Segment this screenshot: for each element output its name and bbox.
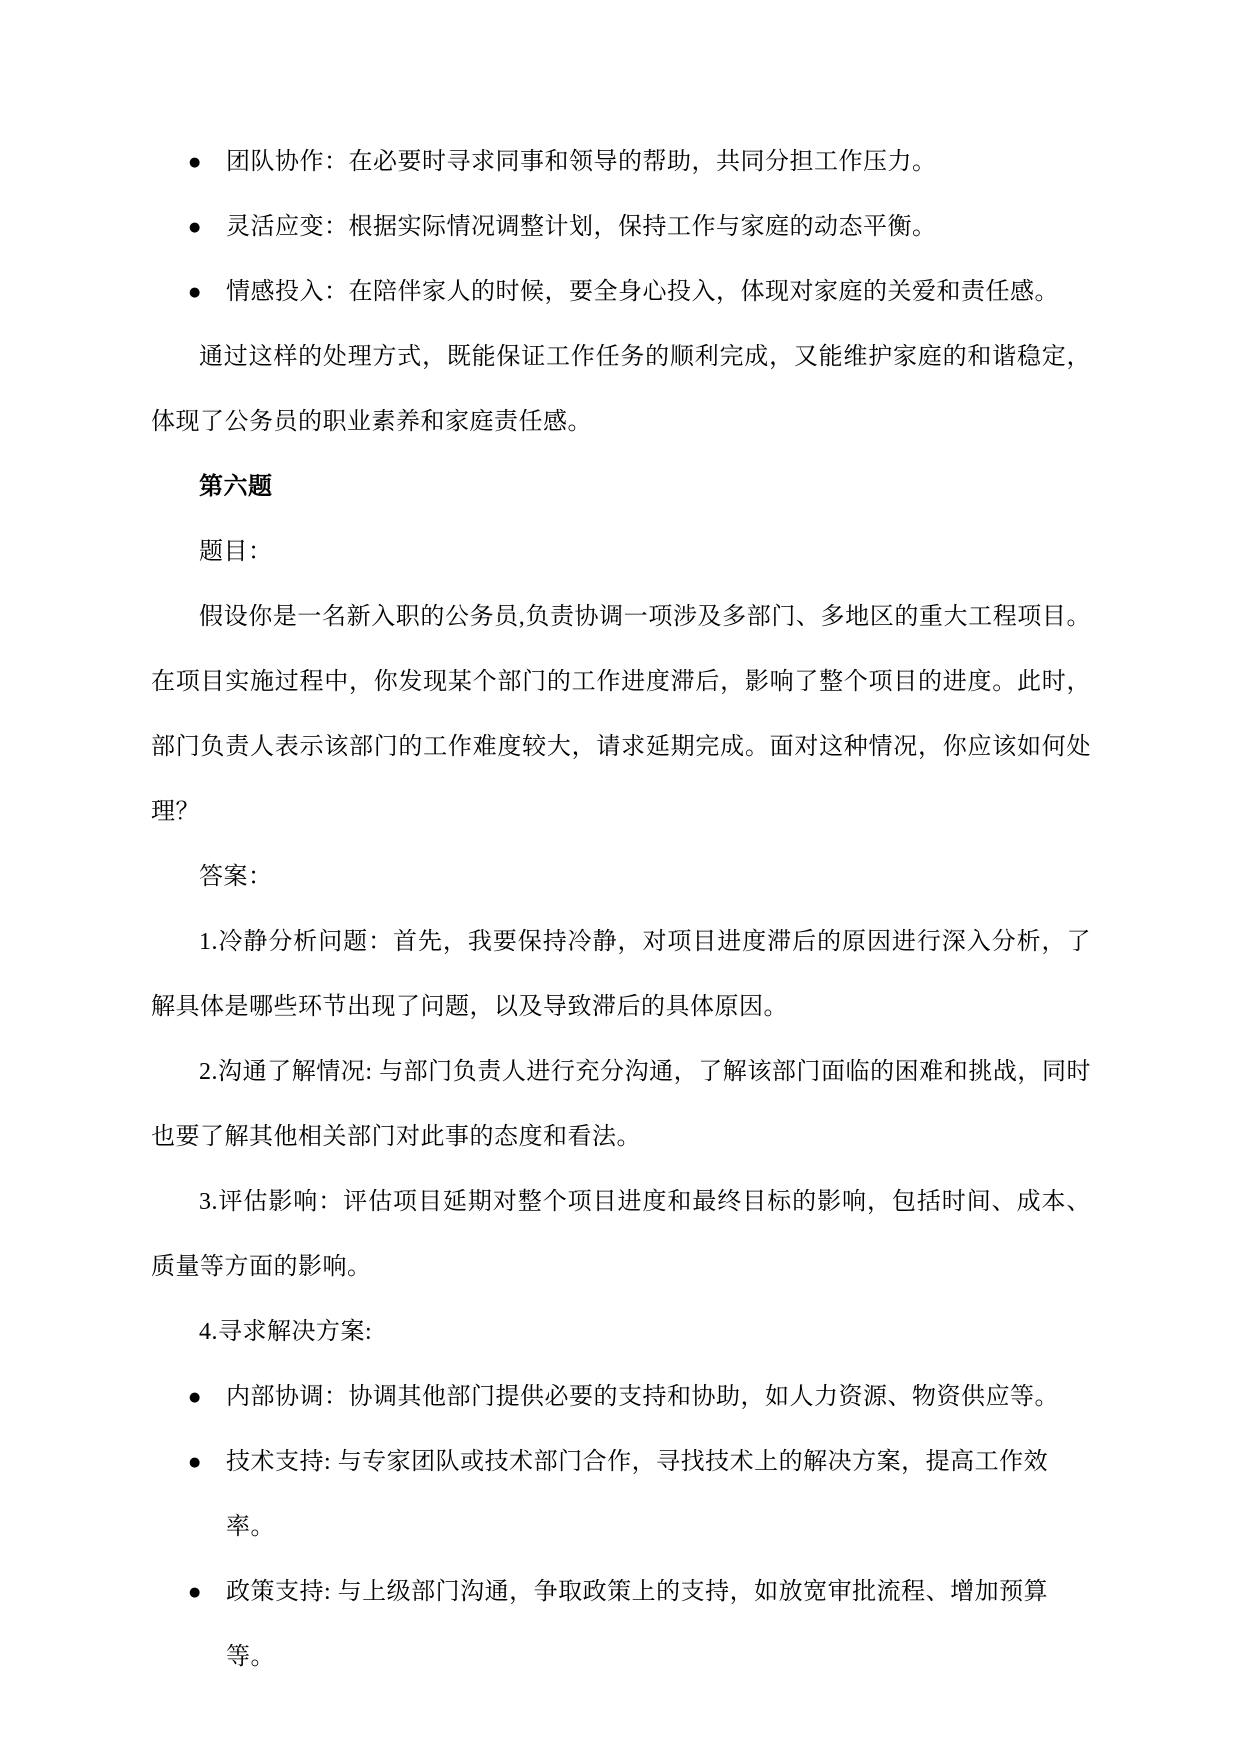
bullet-item: ● 技术支持: 与专家团队或技术部门合作，寻找技术上的解决方案，提高工作效率。 bbox=[151, 1430, 1091, 1560]
bullet-text: 内部协调：协调其他部门提供必要的支持和协助，如人力资源、物资供应等。 bbox=[226, 1384, 1059, 1410]
bullet-item: ● 情感投入：在陪伴家人的时候，要全身心投入，体现对家庭的关爱和责任感。 bbox=[151, 260, 1091, 325]
answer-point: 3.评估影响：评估项目延期对整个项目进度和最终目标的影响，包括时间、成本、质量等… bbox=[151, 1170, 1091, 1300]
document-page: ● 团队协作：在必要时寻求同事和领导的帮助，共同分担工作压力。 ● 灵活应变：根… bbox=[0, 0, 1241, 1754]
bullet-item: ● 内部协调：协调其他部门提供必要的支持和协助，如人力资源、物资供应等。 bbox=[151, 1365, 1091, 1430]
bullet-text: 灵活应变：根据实际情况调整计划，保持工作与家庭的动态平衡。 bbox=[226, 214, 937, 240]
question-paragraph: 假设你是一名新入职的公务员,负责协调一项涉及多部门、多地区的重大工程项目。在项目… bbox=[151, 585, 1091, 845]
closing-paragraph: 通过这样的处理方式，既能保证工作任务的顺利完成，又能维护家庭的和谐稳定，体现了公… bbox=[151, 325, 1091, 455]
answer-point: 4.寻求解决方案: bbox=[151, 1300, 1091, 1365]
question-label: 题目： bbox=[151, 520, 1091, 585]
bullet-text: 技术支持: 与专家团队或技术部门合作，寻找技术上的解决方案，提高工作效率。 bbox=[226, 1449, 1048, 1540]
bullet-text: 情感投入：在陪伴家人的时候，要全身心投入，体现对家庭的关爱和责任感。 bbox=[226, 279, 1059, 305]
answer-point: 1.冷静分析问题：首先，我要保持冷静，对项目进度滞后的原因进行深入分析，了解具体… bbox=[151, 910, 1091, 1040]
answer-point: 2.沟通了解情况: 与部门负责人进行充分沟通，了解该部门面临的困难和挑战，同时也… bbox=[151, 1040, 1091, 1170]
bullet-marker-icon: ● bbox=[189, 195, 201, 260]
bullet-marker-icon: ● bbox=[189, 1430, 201, 1495]
bullet-text: 团队协作：在必要时寻求同事和领导的帮助，共同分担工作压力。 bbox=[226, 149, 937, 175]
bullet-marker-icon: ● bbox=[189, 260, 201, 325]
section-heading: 第六题 bbox=[151, 455, 1091, 520]
bullet-marker-icon: ● bbox=[189, 130, 201, 195]
bullet-item: ● 政策支持: 与上级部门沟通，争取政策上的支持，如放宽审批流程、增加预算等。 bbox=[151, 1560, 1091, 1690]
bullet-text: 政策支持: 与上级部门沟通，争取政策上的支持，如放宽审批流程、增加预算等。 bbox=[226, 1579, 1048, 1670]
answer-label: 答案： bbox=[151, 845, 1091, 910]
bullet-item: ● 团队协作：在必要时寻求同事和领导的帮助，共同分担工作压力。 bbox=[151, 130, 1091, 195]
bullet-item: ● 灵活应变：根据实际情况调整计划，保持工作与家庭的动态平衡。 bbox=[151, 195, 1091, 260]
bullet-marker-icon: ● bbox=[189, 1365, 201, 1430]
bullet-marker-icon: ● bbox=[189, 1560, 201, 1625]
